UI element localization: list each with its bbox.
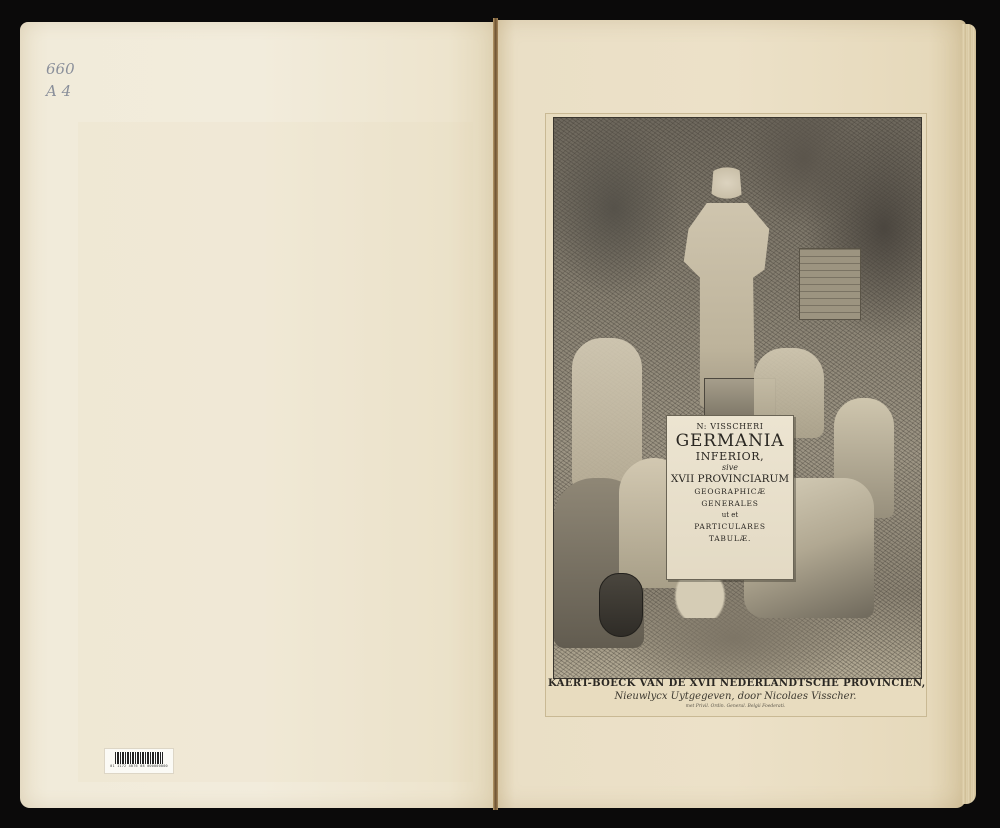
barcode-icon bbox=[115, 752, 163, 764]
book-gutter bbox=[493, 18, 498, 810]
handwritten-line-1: 660 bbox=[46, 58, 86, 80]
title-tabulae: TABULÆ. bbox=[667, 533, 793, 545]
title-provinces: XVII PROVINCIARUM bbox=[667, 473, 793, 486]
open-book: 660 A 4 01 1172 4076 08 000000000 N: VIS… bbox=[0, 0, 1000, 828]
left-page-flyleaf bbox=[20, 22, 496, 808]
handwritten-line-2: A 4 bbox=[46, 80, 86, 102]
heraldic-shield-icon bbox=[599, 573, 643, 637]
caption-privilege: met Privil. Ordin. General. Belgii Foede… bbox=[548, 704, 923, 709]
author-name: N: VISSCHERI bbox=[667, 422, 793, 431]
title-line-2: INFERIOR, bbox=[667, 450, 793, 463]
ruined-building-illustration bbox=[799, 248, 861, 320]
main-title: GERMANIA bbox=[667, 432, 793, 450]
title-conjunction: sive bbox=[667, 463, 793, 473]
barcode-label: 01 1172 4076 08 000000000 bbox=[104, 748, 174, 774]
page-fore-edge bbox=[962, 24, 976, 804]
title-geographicae: GEOGRAPHICÆ bbox=[667, 486, 793, 498]
barcode-number: 01 1172 4076 08 000000000 bbox=[107, 764, 171, 768]
title-tablet: N: VISSCHERI GERMANIA INFERIOR, sive XVI… bbox=[666, 415, 794, 580]
frontispiece-engraving bbox=[553, 117, 922, 679]
caption-main-title: KAERT-BOECK VAN DE XVII NEDERLANDTSCHE P… bbox=[548, 678, 923, 689]
title-ut-et: ut et bbox=[667, 510, 793, 521]
title-particulares: PARTICULARES bbox=[667, 521, 793, 533]
handwritten-shelf-mark: 660 A 4 bbox=[46, 58, 86, 102]
title-generales: GENERALES bbox=[667, 498, 793, 510]
caption-publisher: Nieuwlycx Uytgegeven, door Nicolaes Viss… bbox=[548, 691, 923, 702]
